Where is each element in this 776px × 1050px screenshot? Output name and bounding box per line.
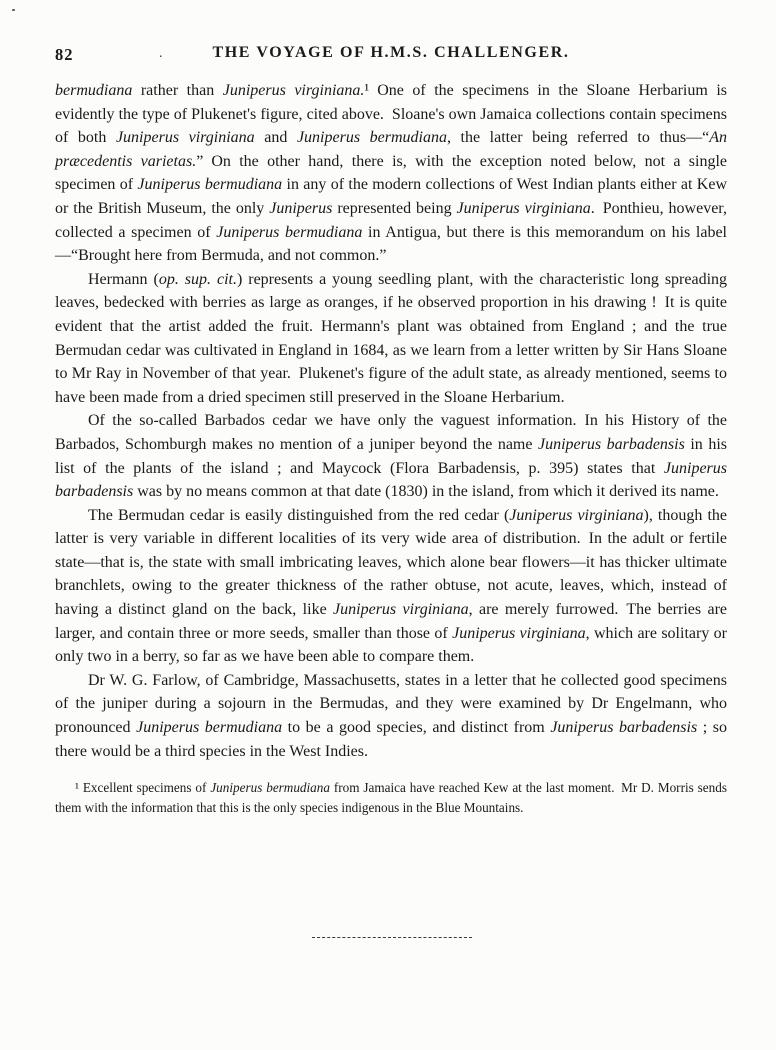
running-title: THE VOYAGE OF H.M.S. CHALLENGER. [55, 44, 727, 62]
body-text: bermudiana rather than Juniperus virgini… [55, 79, 727, 818]
paragraph-3: Of the so-called Barbados cedar we have … [55, 409, 727, 503]
scan-speck [12, 9, 15, 11]
paragraph-5: Dr W. G. Farlow, of Cambridge, Massachus… [55, 669, 727, 763]
scanned-book-page: 82 . THE VOYAGE OF H.M.S. CHALLENGER. be… [0, 0, 776, 1050]
paragraph-2: Hermann (op. sup. cit.) represents a you… [55, 268, 727, 410]
paragraph-1: bermudiana rather than Juniperus virgini… [55, 79, 727, 268]
footnote: ¹ Excellent specimens of Juniperus bermu… [55, 778, 727, 818]
page-header: 82 . THE VOYAGE OF H.M.S. CHALLENGER. [55, 44, 727, 66]
section-separator-rule [312, 937, 472, 938]
paragraph-4: The Bermudan cedar is easily distinguish… [55, 504, 727, 669]
